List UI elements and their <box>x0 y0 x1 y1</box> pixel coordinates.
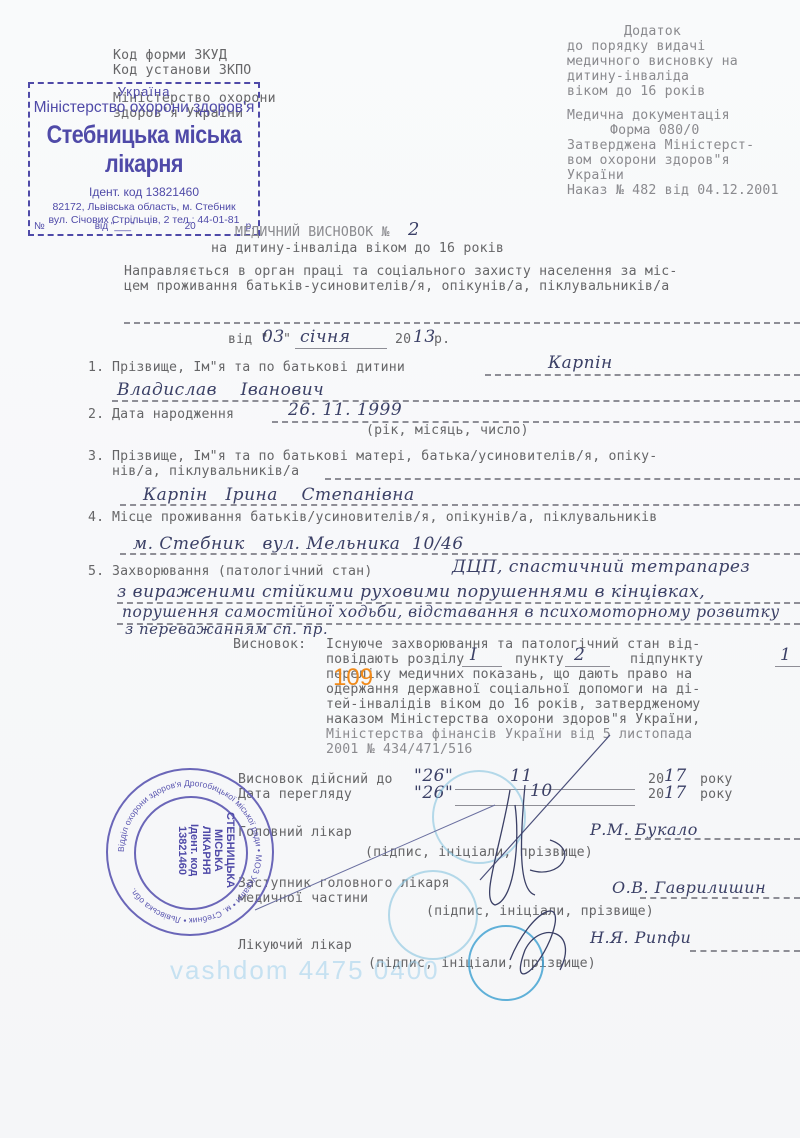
stamp-year-label: 20 <box>185 221 196 232</box>
diagnosis-line2: з вираженими стійкими руховими порушення… <box>117 582 705 602</box>
institution-stamp: Україна Міністерство охорони здоров'я Ст… <box>28 82 260 236</box>
field-5-label: Захворювання (патологічний стан) <box>112 564 372 579</box>
issue-date-quote: " <box>283 332 291 347</box>
conclusion-line3: переліку медичних показань, що дають пра… <box>326 667 692 682</box>
appendix-line: Додаток <box>624 24 681 39</box>
doc-line: Медична документація <box>567 108 730 123</box>
appendix-line: до порядку видачі <box>567 39 705 54</box>
issue-date-year-prefix: 20 <box>395 332 411 347</box>
valid-year-word: року <box>700 772 733 787</box>
svg-text:Відділ охорони здоров'я Дрогоб: Відділ охорони здоров'я Дрогобицької міс… <box>116 778 264 926</box>
stamp-ministry: Міністерство охорони здоров'я <box>30 99 258 117</box>
diagnosis-line1: ДЦП, спастичний тетрапарез <box>452 557 750 577</box>
field-4-num: 4. <box>88 510 104 525</box>
appendix-line: дитину-інваліда <box>567 69 689 84</box>
conclusion-line4: одержання державної соціальної допомоги … <box>326 682 700 697</box>
conclusion-line5: тей-інвалідів віком до 16 років, затверд… <box>326 697 700 712</box>
page-number: 109 <box>333 664 373 692</box>
diagnosis-line3: порушення самостійної ходьби, відставанн… <box>122 603 780 621</box>
round-stamp-ring: Відділ охорони здоров'я Дрогобицької міс… <box>108 770 272 934</box>
document-page: Код форми ЗКУД Код установи ЗКПО Міністе… <box>0 0 800 1138</box>
appendix-line: віком до 16 років <box>567 84 705 99</box>
stamp-from-label: від "___" <box>95 221 135 232</box>
field-3-label-line2: нів/а, піклувальників/а <box>112 464 299 479</box>
stamp-number-line: № від "___" 20 р. <box>34 221 254 232</box>
intro-line1: Направляється в орган праці та соціально… <box>124 264 678 279</box>
doc-line: Форма 080/0 <box>610 123 700 138</box>
review-year-prefix: 20 <box>648 787 664 802</box>
issue-date-month: січня <box>300 327 351 347</box>
stamp-ident-code: Ідент. код 13821460 <box>30 185 258 199</box>
issue-date-year: 13 <box>413 327 436 347</box>
conclusion-line1: Існуюче захворювання та патологічний ста… <box>326 637 700 652</box>
document-subtitle: на дитину-інваліда віком до 16 років <box>211 241 504 256</box>
doc-line: Затверджена Міністерст- <box>567 138 754 153</box>
parent-name: Карпін Ірина Степанівна <box>143 485 415 505</box>
conclusion-line2b: пункту <box>515 652 564 667</box>
field-3-num: 3. <box>88 449 104 464</box>
field-5-num: 5. <box>88 564 104 579</box>
round-stamp: СТЕБНИЦЬКА МІСЬКА ЛІКАРНЯ Ідент. код 138… <box>106 768 274 936</box>
field-3-label-line1: Прізвище, Ім"я та по батькові матері, ба… <box>112 449 657 464</box>
conclusion-subpoint: 1 <box>780 645 791 665</box>
institution-code: Код установи ЗКПО <box>113 63 251 78</box>
issue-date-end: р. <box>434 332 450 347</box>
review-year-word: року <box>700 787 733 802</box>
field-2-label: Дата народження <box>112 407 234 422</box>
field-1-label: Прізвище, Ім"я та по батькові дитини <box>112 360 405 375</box>
document-title: МЕДИЧНИЙ ВИСНОВОК № <box>235 225 390 240</box>
stamp-country: Україна <box>30 84 258 99</box>
birth-date-hint: (рік, місяць, число) <box>366 423 529 438</box>
doc-line: України <box>567 168 624 183</box>
doc-line: Наказ № 482 від 04.12.2001 <box>567 183 779 198</box>
stamp-hospital: Стебницька міська лікарня <box>46 121 242 179</box>
child-surname: Карпін <box>548 353 613 373</box>
diagnosis-line4: з переважанням сп. пр. <box>125 620 328 638</box>
fill-line <box>120 504 800 506</box>
fill-line <box>625 838 800 840</box>
underline <box>295 348 387 349</box>
stamp-address1: 82172, Львівська область, м. Стебник <box>30 201 258 213</box>
fill-line <box>120 553 800 555</box>
signature-line <box>250 800 500 920</box>
conclusion-point: 2 <box>574 645 585 665</box>
child-name: Владислав Іванович <box>117 380 324 400</box>
valid-year-prefix: 20 <box>648 772 664 787</box>
signature-attending <box>490 880 630 1000</box>
doc-line: вом охорони здоров"я <box>567 153 730 168</box>
conclusion-section: I <box>470 645 477 665</box>
conclusion-label: Висновок: <box>233 637 306 652</box>
field-4-label: Місце проживання батьків/усиновителів/я,… <box>112 510 657 525</box>
attending-doctor-label: Лікуючий лікар <box>238 938 352 953</box>
appendix-line: медичного висновку на <box>567 54 738 69</box>
fill-line <box>112 400 800 402</box>
field-2-num: 2. <box>88 407 104 422</box>
birth-date: 26. 11. 1999 <box>288 400 402 420</box>
issue-date-day: 03 <box>262 327 285 347</box>
watermark: vashdom 4475 0400 <box>170 955 440 986</box>
conclusion-line6: наказом Міністерства охорони здоров"я Ук… <box>326 712 700 727</box>
fill-line <box>272 421 800 423</box>
address-value: м. Стебник вул. Мельника 10/46 <box>133 534 464 554</box>
conclusion-line2c: підпункту <box>630 652 703 667</box>
field-1-num: 1. <box>88 360 104 375</box>
stamp-no-label: № <box>34 221 45 232</box>
form-code: Код форми ЗКУД <box>113 48 227 63</box>
underline <box>775 666 800 667</box>
review-year: 17 <box>664 783 687 803</box>
divider <box>124 322 800 324</box>
intro-line2: цем проживання батьків-усиновителів/я, о… <box>124 279 669 294</box>
fill-line <box>325 478 800 480</box>
fill-line <box>690 950 800 952</box>
fill-line <box>640 897 800 899</box>
fill-line <box>485 374 800 376</box>
document-number: 2 <box>408 219 420 240</box>
